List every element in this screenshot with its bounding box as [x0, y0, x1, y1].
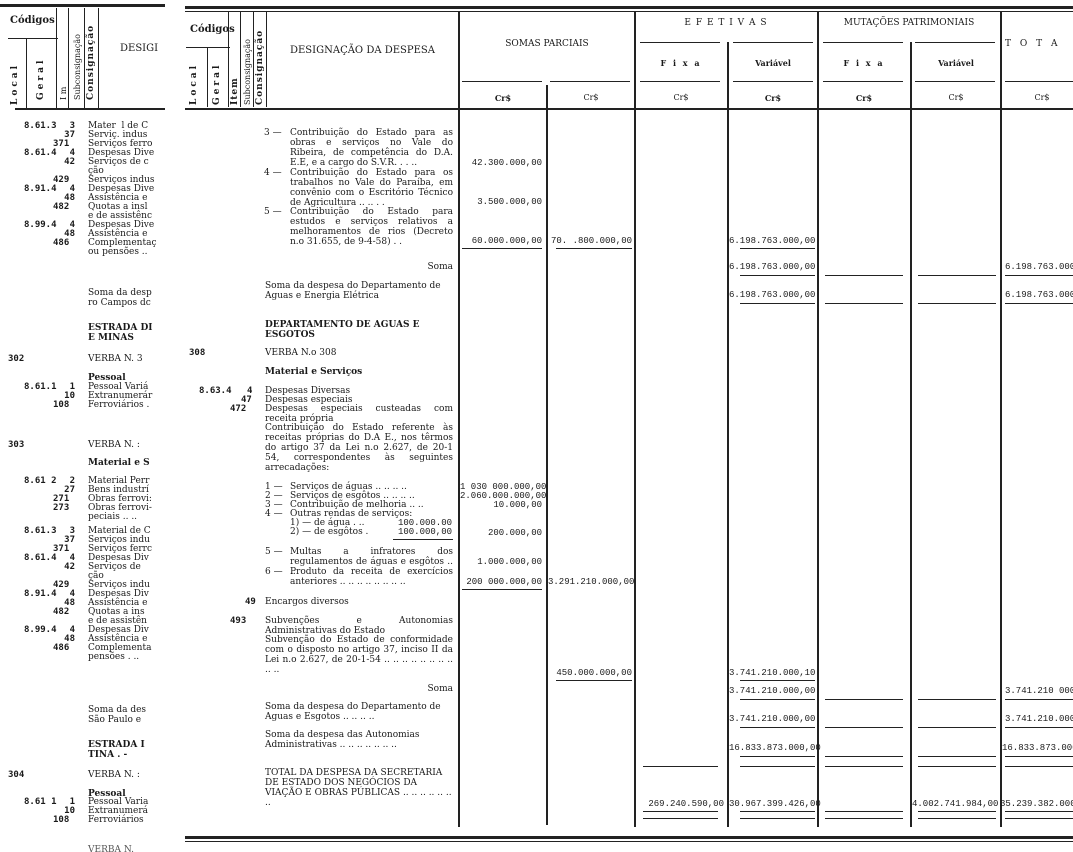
section-title: DEPARTAMENTO DE AGUAS E ESGOTOS: [265, 320, 455, 340]
rule: [740, 766, 815, 767]
left-row: 482Quotas a ins: [0, 607, 175, 616]
item-label: 4 —: [264, 168, 282, 178]
verba-302-code: 302: [8, 354, 24, 364]
rule: [918, 275, 996, 276]
grand-total-label: TOTAL DA DESPESA DA SECRETARIA DE ESTADO…: [265, 768, 453, 808]
rule: [1005, 275, 1073, 276]
rule: [823, 81, 903, 82]
rule: [918, 756, 996, 757]
left-row: 108Ferroviários: [0, 815, 175, 824]
rule: [393, 539, 453, 540]
total-value: 3.741.210.000,: [1005, 714, 1073, 724]
left-row: 486Complementa: [0, 643, 175, 652]
left-row: 8.61.44Despesas Dive: [0, 148, 175, 157]
col-line-efetivas-left: [634, 12, 636, 827]
local-header: Local: [189, 60, 199, 105]
autonomias-total-label: Soma da despesa das Autonomias Administr…: [265, 730, 453, 750]
rule: [740, 811, 815, 812]
rule: [740, 727, 815, 728]
col-line: [68, 8, 69, 108]
item-label: 6 —: [265, 567, 283, 577]
rule: [640, 42, 720, 43]
somas-parciais-value-2: 450.000.000,00: [548, 668, 632, 678]
item-label: 5 —: [265, 547, 283, 557]
col-line: [84, 8, 85, 108]
left-soma-1: Soma da despro Campos dc: [88, 288, 152, 308]
left-row: pensões . ..: [0, 652, 175, 661]
somas-parciais-value: 3.500.000,00: [460, 197, 542, 207]
efetivas-header: E F E T I V A S: [636, 18, 816, 28]
left-row: 271Obras ferrovi:: [0, 494, 175, 503]
verba-code: 308: [189, 348, 205, 358]
left-row: 48Assistência e: [0, 193, 175, 202]
row-text: Subvenções e Autonomias Administrativas …: [265, 616, 453, 636]
verba-label: VERBA N.o 308: [265, 348, 336, 358]
rule: [462, 81, 542, 82]
efetivas-variavel-value: 6.198.763.000,00: [729, 262, 815, 272]
rule: [462, 248, 542, 249]
soma-label: Soma: [270, 262, 453, 272]
left-row: 8.61.11Pessoal Variá: [0, 382, 175, 391]
efetivas-variavel-value: 3.741.210.000,00: [729, 714, 815, 724]
left-pessoal-1: 8.61.11Pessoal Variá 10Extranumerár 108F…: [0, 382, 175, 409]
rule: [825, 766, 903, 767]
item-label: 4 —: [265, 509, 283, 519]
rule: [1005, 699, 1073, 700]
left-row: 429Serviços indus: [0, 175, 175, 184]
col-line-mutacoes-left: [817, 12, 819, 827]
left-row: 48Assistência e: [0, 634, 175, 643]
left-row: 8.61 11Pessoal Varia: [0, 797, 175, 806]
subconsignacao-header: Subconsignação: [73, 25, 82, 100]
rule: [550, 81, 630, 82]
somas-parciais-value: 10.000,00: [460, 500, 542, 510]
left-row: 27Bens industrí: [0, 485, 175, 494]
contribution-text: Contribuição do Estado referente às rece…: [265, 423, 453, 473]
somas-parciais-value: 200 000.000,00: [460, 577, 542, 587]
col-line: [240, 12, 241, 107]
verba-next: VERBA N.: [88, 845, 134, 852]
subconsignacao-code: 493: [230, 616, 246, 626]
left-row: 371Serviços ferro: [0, 139, 175, 148]
dept-total-label: Soma da despesa do Departamento de Aguas…: [265, 281, 453, 301]
somas-parciais-value-2: 3.291.210.000,00: [548, 577, 632, 587]
left-row: 10Extranumerár: [0, 391, 175, 400]
left-row: ou pensões ..: [0, 247, 175, 256]
rule: [918, 818, 996, 819]
left-estrada-2: ESTRADA ITINA . -: [88, 740, 145, 760]
left-row: 486Complementaç: [0, 238, 175, 247]
somas-parciais-value-2: 70. .800.000,00: [548, 236, 632, 246]
soma-label: Soma: [270, 684, 453, 694]
left-block-1: 8.61.33Mater l de C 37Serviç. indus 371S…: [0, 121, 175, 256]
col-line: [266, 12, 267, 107]
grand-total: 35.239.382.000,: [1000, 799, 1073, 809]
left-row: 48Assistência e: [0, 598, 175, 607]
item-description: Contribuição do Estado para as obras e s…: [290, 128, 453, 168]
efetivas-variavel-value: 16.833.873.000,00: [729, 743, 815, 753]
col-line: [98, 8, 99, 108]
col-line: [228, 12, 229, 107]
currency-header: Cr$: [1002, 93, 1073, 102]
currency-header: Cr$: [912, 93, 1000, 102]
rule: [915, 42, 995, 43]
item-description: Contribuição do Estado para estudos e se…: [290, 207, 453, 247]
rule: [740, 303, 815, 304]
left-row: 273Obras ferrovi-: [0, 503, 175, 512]
consignacao-header: Consignação: [86, 10, 96, 100]
efetivas-variavel-header: Variável: [729, 58, 817, 68]
col-line: [207, 47, 208, 107]
subconsignacao-code: 472: [230, 404, 246, 414]
left-row: 37Serviços indu: [0, 535, 175, 544]
left-row: 8.61.44Despesas Div: [0, 553, 175, 562]
left-row: 48Assistência e: [0, 229, 175, 238]
somas-parciais-value: 60.000.000,00: [460, 236, 542, 246]
rule: [740, 275, 815, 276]
rule: [825, 818, 903, 819]
mutacoes-header: MUTAÇÕES PATRIMONIAIS: [819, 18, 999, 28]
left-row: 8.61.33Mater l de C: [0, 121, 175, 130]
somas-parciais-value: 200.000,00: [460, 528, 542, 538]
col-line: [26, 38, 27, 108]
rule: [1005, 818, 1073, 819]
left-row: 42Serviços de: [0, 562, 175, 571]
left-row: 429Serviços indu: [0, 580, 175, 589]
rule: [823, 42, 903, 43]
rule: [733, 42, 813, 43]
header-bottom-rule: [185, 108, 1073, 110]
geral-header: Geral: [212, 60, 222, 105]
left-row: 8.99.44Despesas Div: [0, 625, 175, 634]
rule: [825, 811, 903, 812]
col-line: [253, 12, 254, 107]
item-header: Item: [230, 75, 240, 105]
rule: [918, 727, 996, 728]
somas-parciais-value: 1.000.000,00: [460, 557, 542, 567]
grand-total-efetivas-variavel: 30.967.399.426,00: [729, 799, 815, 809]
rule: [1005, 303, 1073, 304]
rule: [8, 38, 58, 39]
total-value: 6.198.763.000: [1005, 290, 1073, 300]
currency-header: Cr$: [819, 93, 909, 103]
section-subtitle: Material e Serviços: [265, 367, 362, 377]
col-line-mutacoes-mid: [910, 42, 912, 827]
left-row: ção: [0, 571, 175, 580]
left-row: 42Serviços de c: [0, 157, 175, 166]
verba-303-code: 303: [8, 440, 24, 450]
rule: [643, 766, 718, 767]
top-rule-thin: [185, 11, 1073, 12]
left-row: 10Extranumerá: [0, 806, 175, 815]
col-line-somas-left: [458, 12, 460, 827]
rule: [825, 756, 903, 757]
bottom-rule-thin: [185, 841, 1073, 842]
left-row: e de assistên: [0, 616, 175, 625]
item-label: 5 —: [264, 207, 282, 217]
item-header: I m: [59, 70, 68, 100]
verba-303: VERBA N. :: [88, 440, 140, 450]
top-rule: [185, 6, 1073, 9]
verba-304: VERBA N. :: [88, 770, 140, 780]
row-text: Despesas especiais custeadas com receita…: [265, 404, 453, 424]
grand-total-mutacoes-variavel: 4.002.741.984,00: [912, 799, 998, 809]
rule: [462, 589, 542, 590]
material-title: Material e S: [88, 458, 150, 468]
rule: [556, 248, 632, 249]
local-header: Local: [10, 55, 20, 105]
codigos-header: Códigos: [10, 16, 55, 26]
rule: [825, 699, 903, 700]
col-line-total-left: [1000, 12, 1002, 827]
rule: [643, 818, 718, 819]
left-pessoal-2: 8.61 11Pessoal Varia 10Extranumerá 108Fe…: [0, 797, 175, 824]
left-estrada-1: ESTRADA DIE MINAS: [88, 323, 152, 343]
local-code: 8.63.4: [199, 386, 232, 396]
total-value: 6.198.763.000: [1005, 262, 1073, 272]
rule: [740, 680, 815, 681]
geral-header: Geral: [36, 55, 46, 100]
rule: [825, 727, 903, 728]
rule: [740, 699, 815, 700]
left-material: 8.61 22Material Perr 27Bens industrí 271…: [0, 476, 175, 661]
total-value: 3.741.210 000: [1005, 686, 1073, 696]
rule: [918, 699, 996, 700]
rule: [643, 811, 718, 812]
left-row: 482Quotas a insl: [0, 202, 175, 211]
rule: [740, 248, 815, 249]
efetivas-fixa-header: F i x a: [636, 58, 726, 68]
efetivas-variavel-value: 6.198.763.000,00: [729, 290, 815, 300]
rule: [1005, 756, 1073, 757]
row-text: Encargos diversos: [265, 597, 349, 607]
rule: [186, 47, 230, 48]
left-row: 37Serviç. indus: [0, 130, 175, 139]
rule: [918, 303, 996, 304]
rule: [918, 811, 996, 812]
rule: [1005, 811, 1073, 812]
efetivas-variavel-value: 3.741.210.000,10: [729, 668, 815, 678]
col-line-somas-mid: [546, 85, 548, 825]
rule: [825, 303, 903, 304]
rule: [733, 81, 813, 82]
currency-header: Cr$: [636, 93, 726, 102]
left-row: peciais .. ..: [0, 512, 175, 521]
rule: [1005, 766, 1073, 767]
mutacoes-variavel-header: Variável: [912, 58, 1000, 68]
verba-302: VERBA N. 3: [88, 354, 143, 364]
rule: [825, 275, 903, 276]
verba-304-code: 304: [8, 770, 24, 780]
left-row: ção: [0, 166, 175, 175]
sub-item-label: 2) — de esgôtos .: [290, 527, 368, 537]
left-row: 8.91.44Despesas Dive: [0, 184, 175, 193]
grand-total-efetivas-fixa: 269.240.590,00: [636, 799, 724, 809]
efetivas-variavel-value: 6.198.763.000,00: [729, 236, 815, 246]
item-label: 3 —: [264, 128, 282, 138]
item-description: Contribuição do Estado para os trabalhos…: [290, 168, 453, 208]
rule: [740, 818, 815, 819]
total-value: 16.833.873.000,: [1002, 743, 1073, 753]
rule: [918, 766, 996, 767]
currency-header: Cr$: [460, 93, 546, 103]
col-line: [56, 8, 57, 108]
mutacoes-fixa-header: F i x a: [819, 58, 909, 68]
left-row: 8.61 22Material Perr: [0, 476, 175, 485]
left-row: e de assistênc: [0, 211, 175, 220]
header-rule: [15, 108, 165, 110]
top-rule: [0, 4, 165, 7]
rule: [740, 756, 815, 757]
bottom-rule: [185, 836, 1073, 839]
dept-total-label: Soma da despesa do Departamento de Aguas…: [265, 702, 453, 722]
currency-header: Cr$: [729, 93, 817, 103]
rule: [556, 680, 632, 681]
rule: [1005, 81, 1073, 82]
left-row: 8.91.44Despesas Div: [0, 589, 175, 598]
consignacao-header: Consignação: [255, 15, 265, 105]
left-soma-2: Soma da desSão Paulo e: [88, 705, 146, 725]
total-header: T O T A: [1005, 39, 1073, 49]
left-row: 8.99.44Despesas Dive: [0, 220, 175, 229]
left-row: 371Serviços ferrc: [0, 544, 175, 553]
somas-parciais-value: 42.300.000,00: [460, 158, 542, 168]
rule: [1005, 727, 1073, 728]
sub-item-value: 100.000,00: [380, 527, 452, 537]
left-row: 8.61.33Material de C: [0, 521, 175, 535]
col-line-efetivas-mid: [727, 42, 729, 827]
somas-parciais-header: SOMAS PARCIAIS: [460, 39, 634, 49]
rule: [640, 81, 720, 82]
efetivas-variavel-value: 3.741.210.000,00: [729, 686, 815, 696]
left-row: 108Ferroviários .: [0, 400, 175, 409]
row-text: Subvenção do Estado de conformidade com …: [265, 635, 453, 675]
consignacao-code: 49: [245, 597, 256, 607]
designacao-header: DESIGNAÇÃO DA DESPESA: [270, 45, 455, 56]
item-description: Produto da receita de exercícios anterio…: [290, 567, 453, 587]
designacao-header: DESIGI: [120, 44, 158, 54]
rule: [915, 81, 995, 82]
currency-header: Cr$: [548, 93, 634, 102]
subconsignacao-header: Subconsignação: [243, 30, 252, 105]
